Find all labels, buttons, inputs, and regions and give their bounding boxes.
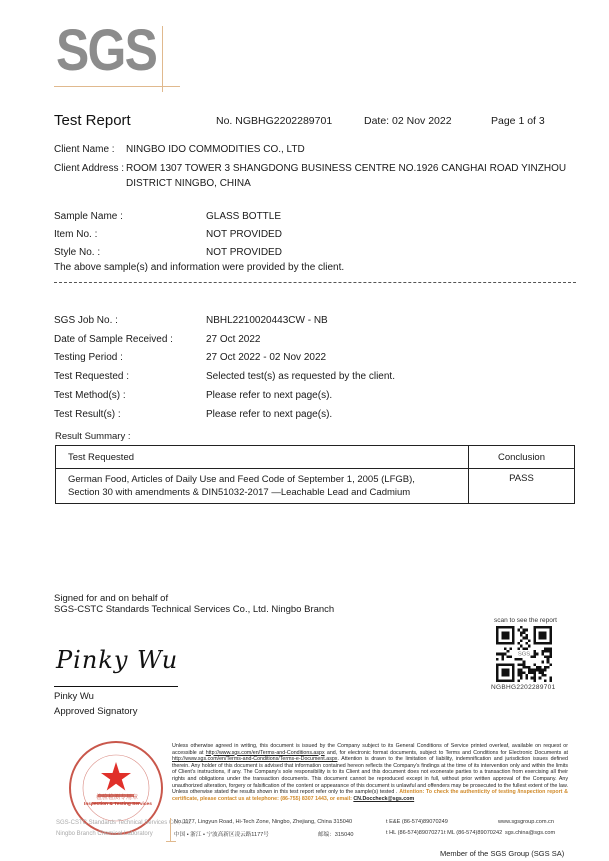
disclaimer-text-2: and, for electronic format documents, su… (325, 750, 568, 756)
test-description-line1: German Food, Articles of Daily Use and F… (68, 473, 462, 486)
test-methods-label: Test Method(s) : (54, 389, 126, 403)
report-date: Date: 02 Nov 2022 (364, 115, 452, 127)
sample-name-label: Sample Name : (54, 210, 123, 224)
test-results-label: Test Result(s) : (54, 408, 121, 422)
client-name-label: Client Name : (54, 143, 115, 157)
date-received-value: 27 Oct 2022 (206, 333, 260, 347)
handwritten-signature: Pinky Wu (56, 646, 178, 674)
test-requested-label: Test Requested : (54, 370, 129, 384)
email[interactable]: sgs.china@sgs.com (505, 830, 555, 836)
style-no-value: NOT PROVIDED (206, 246, 282, 260)
report-number: No. NGBHG2202289701 (216, 115, 332, 127)
website[interactable]: www.sgsgroup.com.cn (498, 819, 554, 825)
date-received-label: Date of Sample Received : (54, 333, 173, 347)
qr-caption: scan to see the report (494, 617, 557, 624)
testing-period-label: Testing Period : (54, 351, 123, 365)
sample-name-value: GLASS BOTTLE (206, 210, 281, 224)
postcode-chinese: 邮编：315040 (318, 830, 353, 838)
tel-ee: t E&E (86-574)89070249 (386, 819, 448, 825)
qr-report-id: NGBHG2202289701 (491, 684, 556, 691)
footer-accent-vertical (170, 818, 171, 842)
logo-accent-vertical (162, 26, 163, 92)
stamp-sub-text: Inspection & Testing Services (84, 802, 152, 807)
footer-accent-horizontal (166, 841, 176, 842)
column-header-test-requested: Test Requested (56, 446, 469, 469)
dashed-separator (54, 282, 576, 283)
style-no-label: Style No. : (54, 246, 100, 260)
job-no-label: SGS Job No. : (54, 314, 118, 328)
tel-ml: t ML (86-574)89070242 (444, 830, 502, 836)
signatory-name: Pinky Wu (54, 690, 94, 704)
table-row: German Food, Articles of Daily Use and F… (56, 469, 575, 504)
test-description-line2: Section 30 with amendments & DIN51032-20… (68, 486, 462, 499)
qr-code[interactable]: SGS (494, 626, 554, 682)
page-indicator: Page 1 of 3 (491, 115, 545, 127)
job-no-value: NBHL2210020443CW - NB (206, 314, 328, 328)
client-address-line2: DISTRICT NINGBO, CHINA (126, 177, 251, 191)
signature-line (54, 686, 178, 687)
stamp-center-text: 检验检测专用章 (96, 792, 138, 801)
test-methods-value: Please refer to next page(s). (206, 389, 332, 403)
tel-hl: t HL (86-574)89070271 (386, 830, 444, 836)
sgs-logo: SGS (56, 22, 156, 80)
result-summary-table: Test Requested Conclusion German Food, A… (55, 445, 575, 504)
address-english: No.1177, Lingyun Road, Hi-Tech Zone, Nin… (174, 819, 352, 825)
legal-disclaimer: Unless otherwise agreed in writing, this… (172, 743, 568, 802)
terms-link[interactable]: http://www.sgs.com/en/Terms-and-Conditio… (206, 750, 325, 756)
test-requested-value: Selected test(s) as requested by the cli… (206, 370, 395, 384)
signed-behalf-line2: SGS-CSTC Standards Technical Services Co… (54, 604, 334, 616)
client-address-label: Client Address : (54, 162, 124, 176)
sample-note: The above sample(s) and information were… (54, 261, 344, 275)
report-title: Test Report (54, 112, 131, 129)
conclusion-cell: PASS (469, 469, 575, 504)
testing-period-value: 27 Oct 2022 - 02 Nov 2022 (206, 351, 326, 365)
address-chinese: 中国 • 浙江 • 宁波高新区凌云路1177号 (174, 830, 269, 838)
item-no-label: Item No. : (54, 228, 97, 242)
test-requested-cell: German Food, Articles of Daily Use and F… (56, 469, 469, 504)
table-header-row: Test Requested Conclusion (56, 446, 575, 469)
svg-text:SGS: SGS (518, 651, 530, 657)
result-summary-label: Result Summary : (55, 430, 131, 444)
test-results-value: Please refer to next page(s). (206, 408, 332, 422)
client-address-line1: ROOM 1307 TOWER 3 SHANGDONG BUSINESS CEN… (126, 162, 566, 176)
column-header-conclusion: Conclusion (469, 446, 575, 469)
sgs-group-membership: Member of the SGS Group (SGS SA) (440, 849, 564, 858)
e-document-terms-link[interactable]: http://www.sgs.com/en/Terms-and-Conditio… (172, 756, 337, 762)
client-name-value: NINGBO IDO COMMODITIES CO., LTD (126, 143, 305, 157)
lab-name-line1: SGS-CSTC Standards Technical Services Co… (56, 820, 192, 826)
doccheck-email-link[interactable]: CN.Doccheck@sgs.com (353, 796, 414, 802)
item-no-value: NOT PROVIDED (206, 228, 282, 242)
lab-name-line2: Ningbo Branch Chemical Laboratory (56, 831, 153, 837)
signatory-title: Approved Signatory (54, 705, 137, 719)
